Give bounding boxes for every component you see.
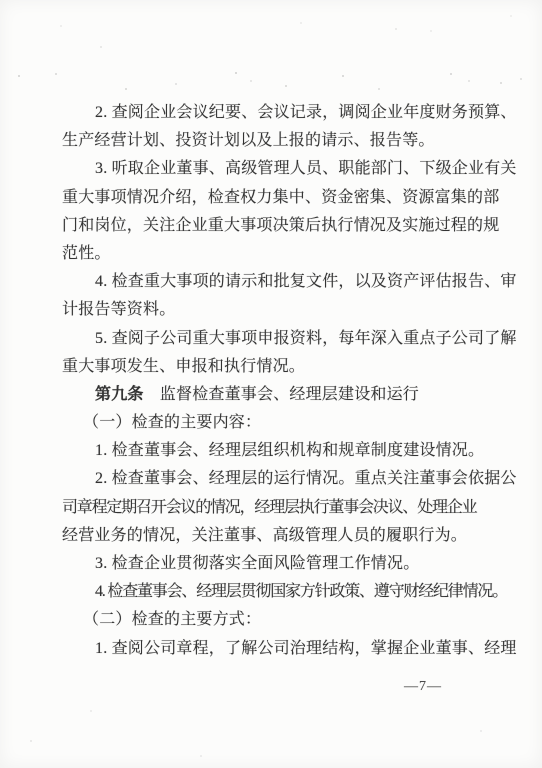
text-line: 2. 查阅企业会议纪要、会议记录，调阅企业年度财务预算、 <box>62 99 490 127</box>
text-line: 3. 检查企业贯彻落实全面风险管理工作情况。 <box>62 550 490 578</box>
text-line: 2. 检查董事会、经理层的运行情况。重点关注董事会依据公 <box>62 465 490 493</box>
text-line: 经营业务的情况，关注董事、高级管理人员的履职行为。 <box>62 522 490 550</box>
text-line: 1. 检查董事会、经理层组织机构和规章制度建设情况。 <box>62 437 490 465</box>
document-body: 2. 查阅企业会议纪要、会议记录，调阅企业年度财务预算、 生产经营计划、投资计划… <box>62 99 490 663</box>
document-page: 2. 查阅企业会议纪要、会议记录，调阅企业年度财务预算、 生产经营计划、投资计划… <box>0 0 542 768</box>
scan-noise <box>0 0 2 2</box>
text-line: 3. 听取企业董事、高级管理人员、职能部门、下级企业有关 <box>62 155 490 183</box>
article-9-title: 监督检查董事会、经理层建设和运行 <box>144 386 419 403</box>
text-line: 重大事项情况介绍，检查权力集中、资金密集、资源富集的部 <box>62 184 490 212</box>
text-line: 重大事项发生、申报和执行情况。 <box>62 353 490 381</box>
text-line: 4. 检查董事会、经理层贯彻国家方针政策、遵守财经纪律情况。 <box>62 578 490 606</box>
text-line: 生产经营计划、投资计划以及上报的请示、报告等。 <box>62 127 490 155</box>
page-number: —7— <box>404 679 442 695</box>
text-line-article-heading: 第九条 监督检查董事会、经理层建设和运行 <box>62 381 490 409</box>
text-line: 范性。 <box>62 240 490 268</box>
article-9-label: 第九条 <box>95 386 144 403</box>
text-line: 1. 查阅公司章程，了解公司治理结构，掌握企业董事、经理 <box>62 635 490 663</box>
text-line: 4. 检查重大事项的请示和批复文件，以及资产评估报告、审 <box>62 268 490 296</box>
text-line: （二）检查的主要方式： <box>62 606 490 634</box>
text-line: 司章程定期召开会议的情况，经理层执行董事会决议、处理企业 <box>62 494 490 522</box>
text-line: 计报告等资料。 <box>62 296 490 324</box>
text-line: 5. 查阅子公司重大事项申报资料，每年深入重点子公司了解 <box>62 325 490 353</box>
text-line: 门和岗位，关注企业重大事项决策后执行情况及实施过程的规 <box>62 212 490 240</box>
text-line: （一）检查的主要内容： <box>62 409 490 437</box>
